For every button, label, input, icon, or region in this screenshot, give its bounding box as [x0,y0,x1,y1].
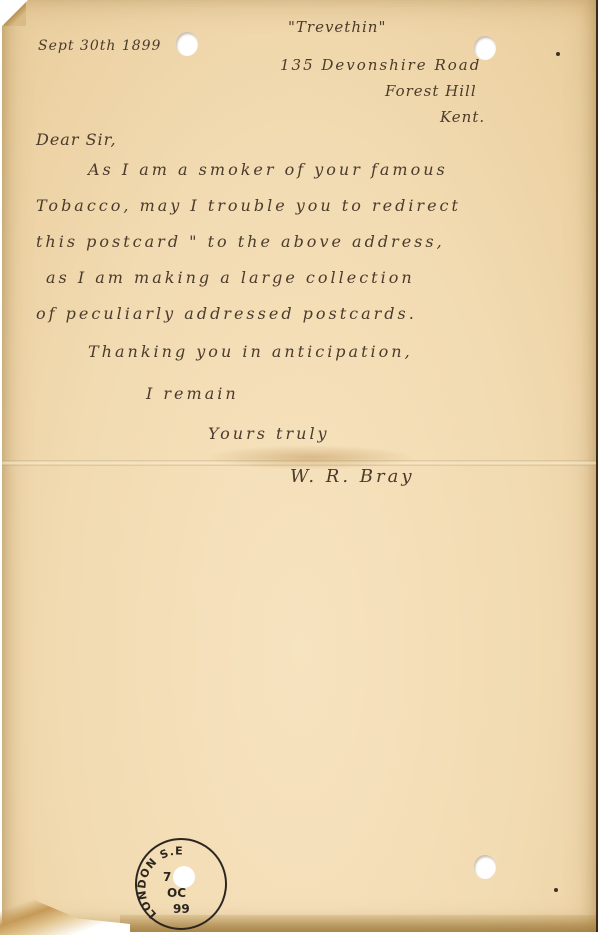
punch-hole [176,32,198,56]
closing-remain: I remain [146,384,239,403]
closing-thanks: Thanking you in anticipation, [88,342,413,361]
ink-speck [556,52,560,56]
salutation: Dear Sir, [36,130,117,149]
signature: W. R. Bray [290,466,415,487]
address-street: 135 Devonshire Road [280,56,481,74]
body-line: as I am making a large collection [46,268,415,287]
body-line: this postcard " to the above address, [36,232,445,251]
folded-corner-gap [0,0,28,28]
body-line: As I am a smoker of your famous [88,160,448,179]
punch-hole [474,855,496,879]
ink-speck [554,888,558,892]
body-line: of peculiarly addressed postcards. [36,304,417,323]
letter-date: Sept 30th 1899 [38,38,161,54]
postmark-day: 7 [163,870,171,884]
closing-yours: Yours truly [208,424,330,443]
address-county: Kent. [440,108,485,126]
address-house-name: "Trevethin" [288,18,386,36]
address-locality: Forest Hill [385,82,477,100]
postmark-year: 99 [173,902,190,916]
postmark-month: OC [167,886,186,900]
body-line: Tobacco, may I trouble you to redirect [36,196,461,215]
postmark-stamp: LONDON S.E 7 OC 99 [135,838,227,930]
